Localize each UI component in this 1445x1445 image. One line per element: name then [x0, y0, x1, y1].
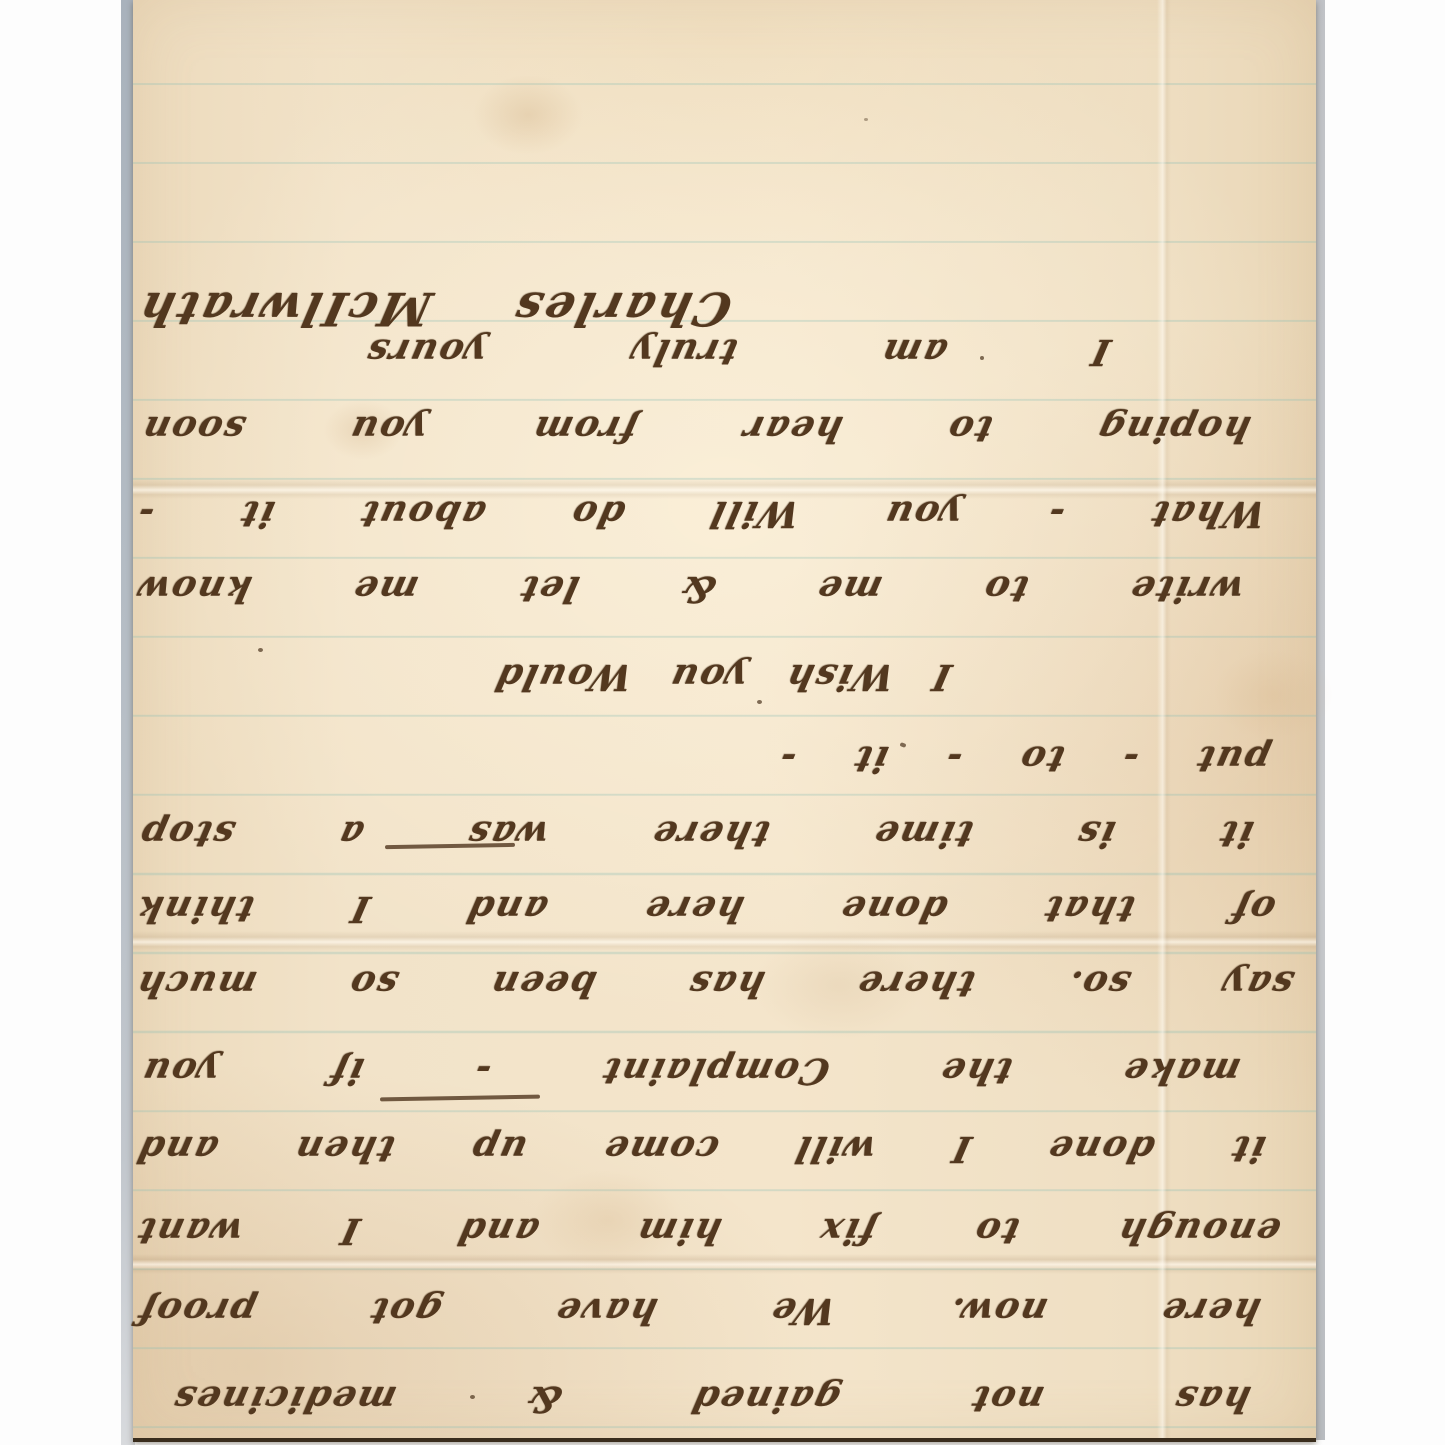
handwriting-line-8: it is time there was a stop: [133, 803, 1260, 863]
handwriting-line-6: say so. there has been so much: [129, 953, 1300, 1013]
handwriting-line-7: of that done here and I think: [129, 878, 1282, 938]
letter-paper: has not gained & medicines here now. We …: [133, 0, 1316, 1442]
handwriting-line-12: What - you Will do about it -: [130, 483, 1272, 543]
handwriting-line-11: write to me & let me know: [130, 558, 1250, 618]
handwriting-line-1: has not gained & medicines: [166, 1368, 1257, 1428]
handwriting-rotated-180: has not gained & medicines here now. We …: [133, 0, 1316, 1438]
handwriting-line-9: put - to - it -: [772, 728, 1277, 788]
handwriting-line-13: hoping to hear from you soon: [135, 398, 1257, 458]
handwriting-line-10: I Wish you Would: [488, 646, 958, 706]
handwriting-line-3: enough to fix him and I want: [130, 1200, 1287, 1260]
handwriting-line-4: it done I will come up then and: [130, 1118, 1272, 1178]
handwriting-line-5: make the Complaint - if you: [135, 1040, 1247, 1100]
scanned-letter-photo: has not gained & medicines here now. We …: [0, 0, 1445, 1445]
handwriting-line-2: here now. We have got proof: [131, 1280, 1267, 1340]
signature-line: Charles McIlwrath: [130, 274, 738, 340]
scan-edge-right: [1316, 0, 1325, 1440]
